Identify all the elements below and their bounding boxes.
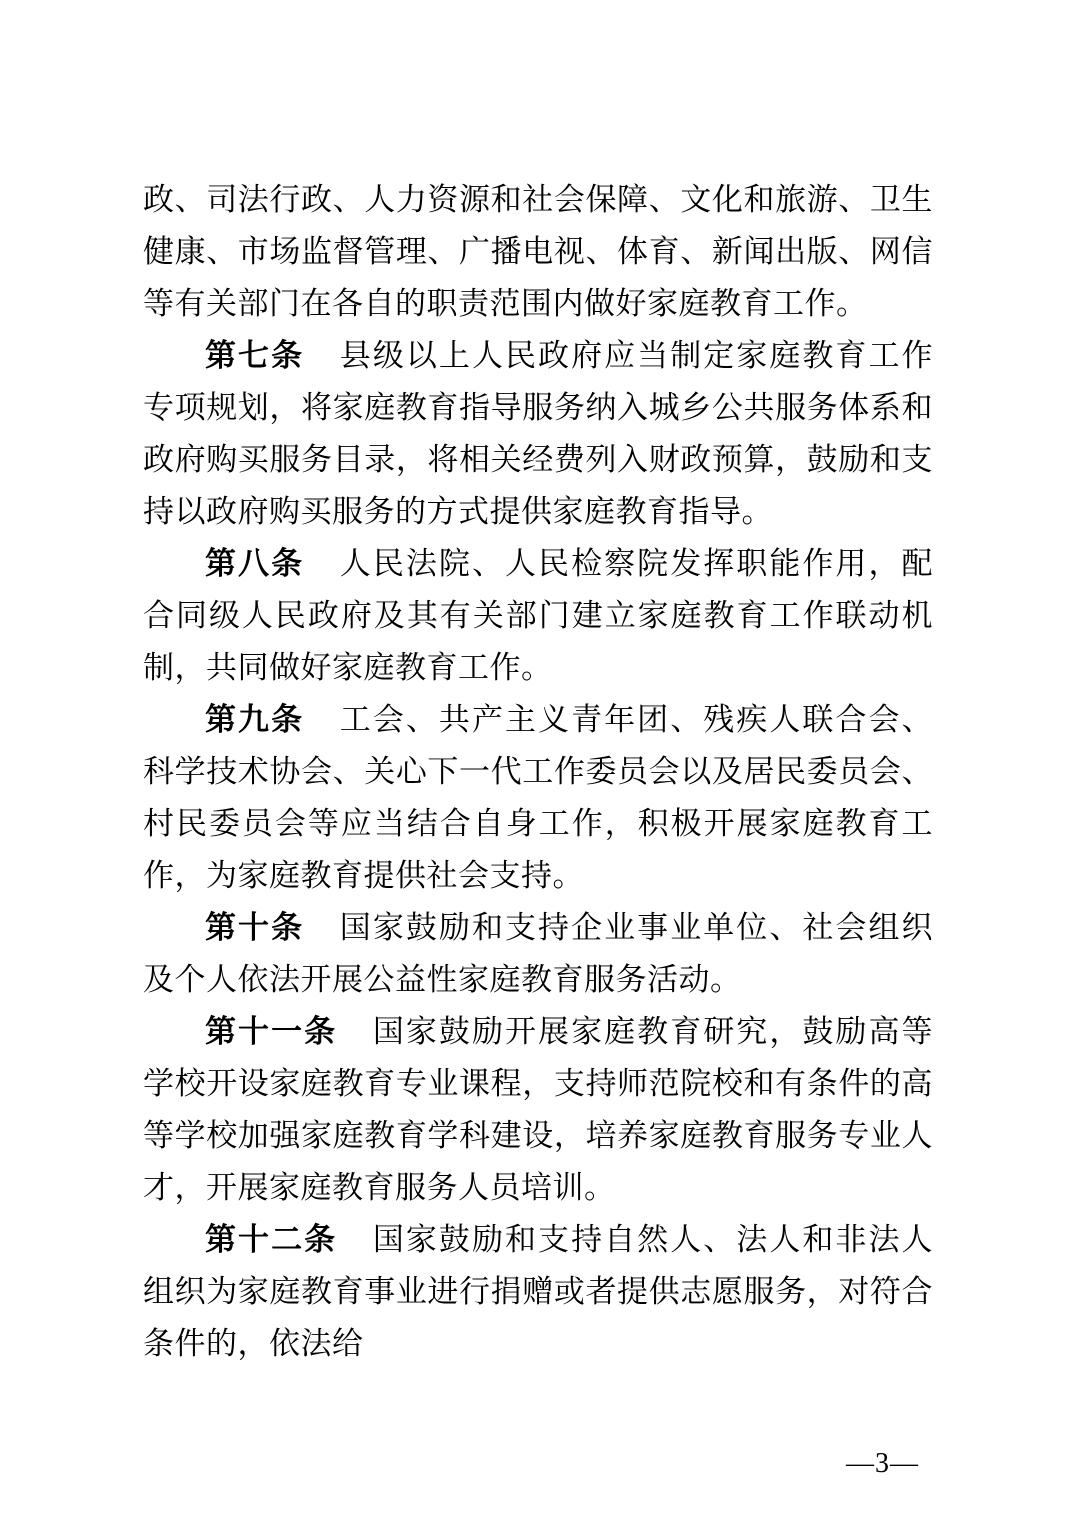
- continuation-paragraph: 政、司法行政、人力资源和社会保障、文化和旅游、卫生健康、市场监督管理、广播电视、…: [143, 174, 933, 330]
- article-number-label: 第七条: [205, 338, 304, 373]
- article-paragraph-9: 第九条工会、共产主义青年团、残疾人联合会、科学技术协会、关心下一代工作委员会以及…: [143, 694, 933, 902]
- article-paragraph-10: 第十条国家鼓励和支持企业事业单位、社会组织及个人依法开展公益性家庭教育服务活动。: [143, 902, 933, 1006]
- article-number-label: 第十一条: [205, 1014, 337, 1049]
- article-number-label: 第十二条: [205, 1222, 337, 1257]
- document-page: 政、司法行政、人力资源和社会保障、文化和旅游、卫生健康、市场监督管理、广播电视、…: [0, 0, 1074, 1520]
- paragraph-text: 政、司法行政、人力资源和社会保障、文化和旅游、卫生健康、市场监督管理、广播电视、…: [143, 182, 933, 321]
- article-paragraph-12: 第十二条国家鼓励和支持自然人、法人和非法人组织为家庭教育事业进行捐赠或者提供志愿…: [143, 1214, 933, 1370]
- article-paragraph-11: 第十一条国家鼓励开展家庭教育研究，鼓励高等学校开设家庭教育专业课程，支持师范院校…: [143, 1006, 933, 1214]
- article-number-label: 第九条: [205, 702, 304, 737]
- page-number: —3—: [846, 1446, 919, 1482]
- article-number-label: 第八条: [205, 546, 304, 581]
- article-paragraph-7: 第七条县级以上人民政府应当制定家庭教育工作专项规划，将家庭教育指导服务纳入城乡公…: [143, 330, 933, 538]
- document-body: 政、司法行政、人力资源和社会保障、文化和旅游、卫生健康、市场监督管理、广播电视、…: [143, 174, 933, 1370]
- article-paragraph-8: 第八条人民法院、人民检察院发挥职能作用，配合同级人民政府及其有关部门建立家庭教育…: [143, 538, 933, 694]
- article-number-label: 第十条: [205, 910, 304, 945]
